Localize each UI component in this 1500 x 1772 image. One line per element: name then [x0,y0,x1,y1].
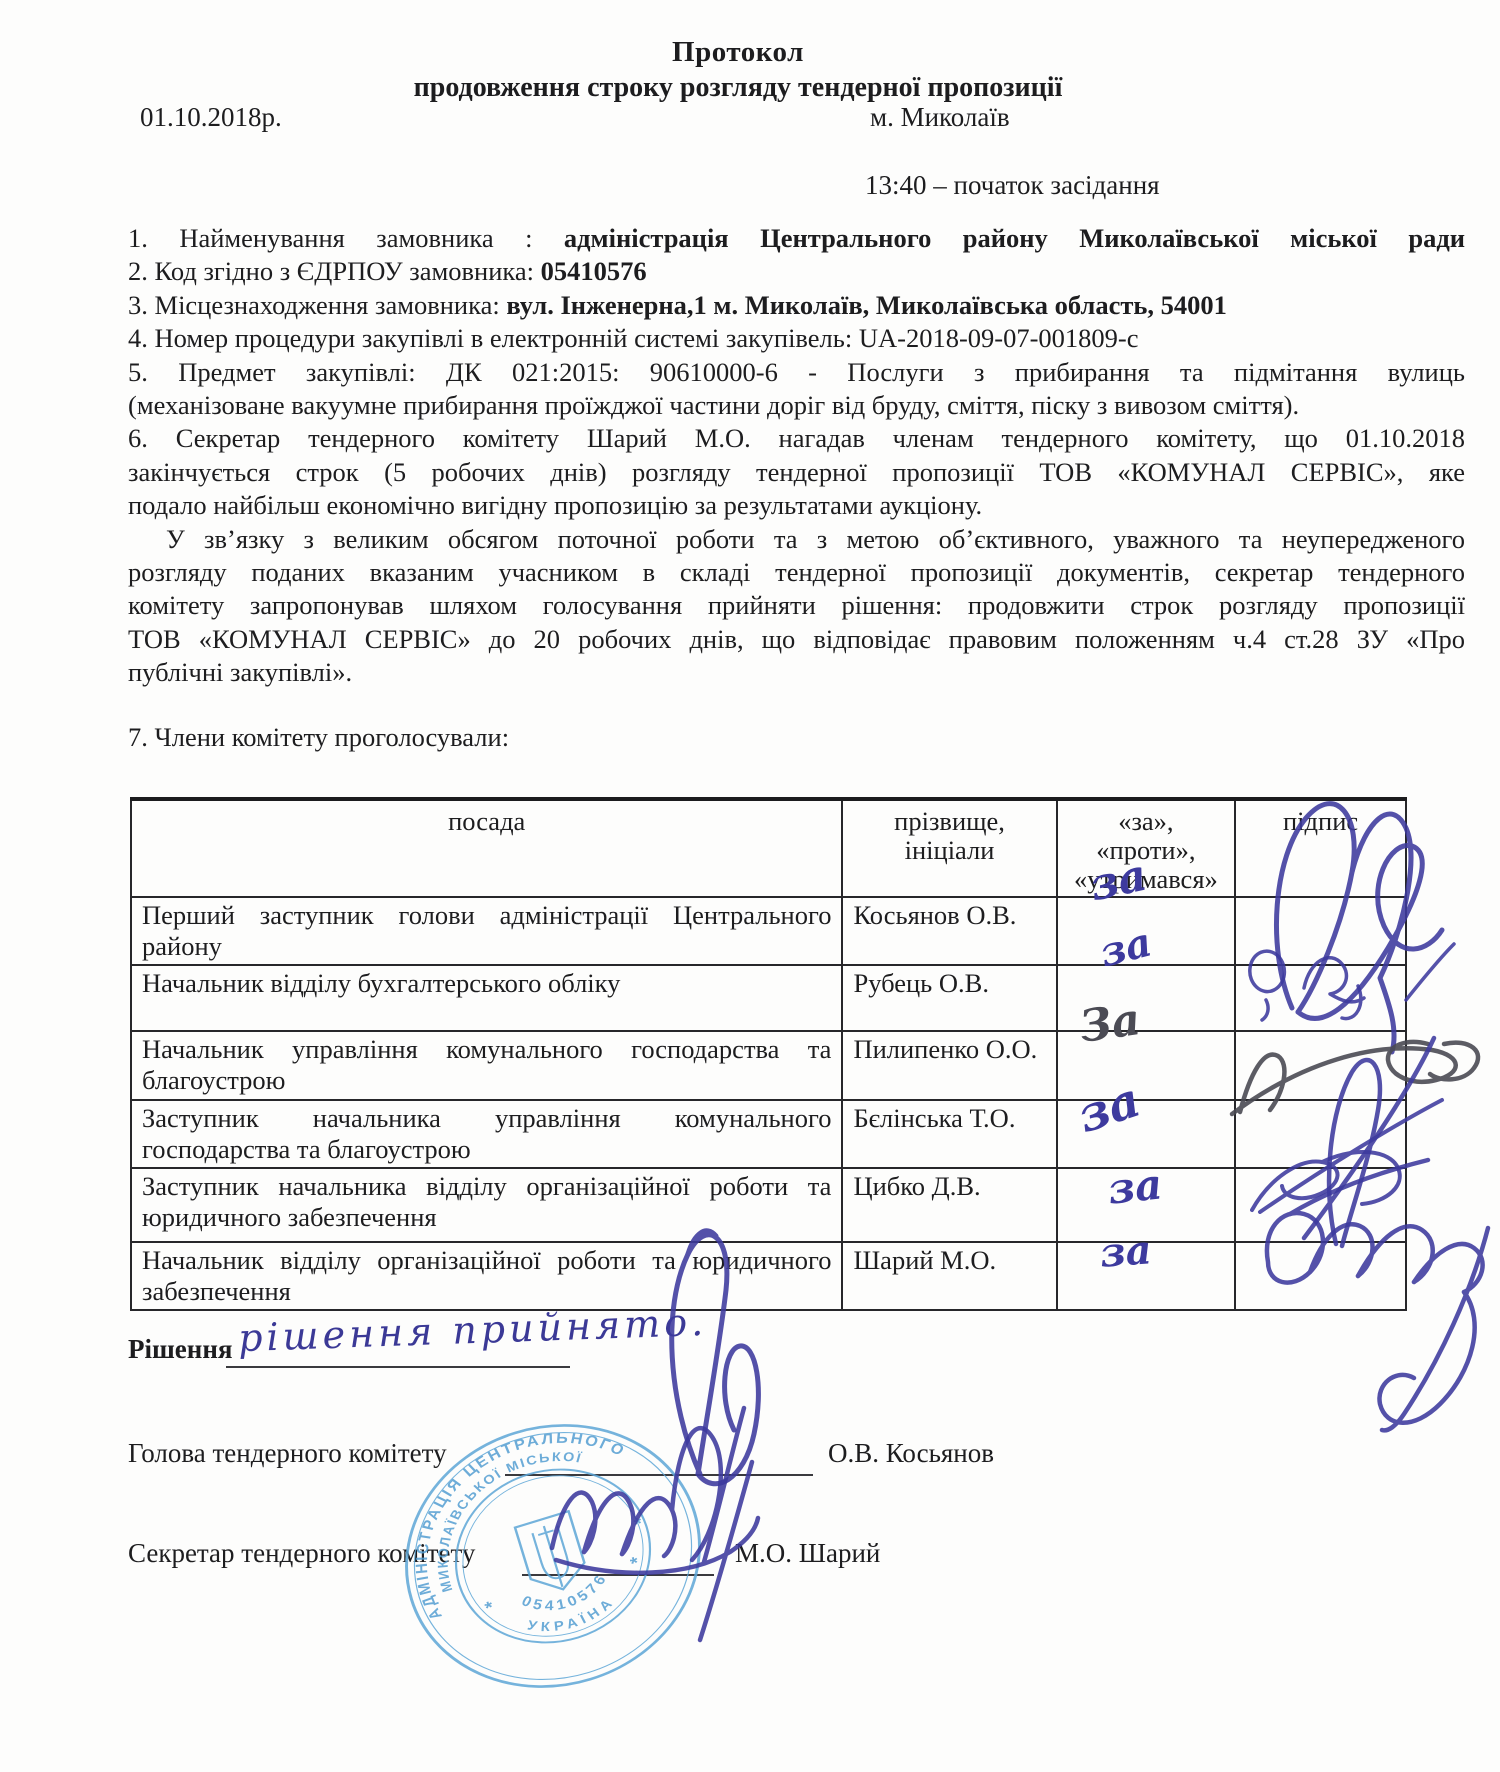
document-date: 01.10.2018р. [140,102,282,133]
head-name: О.В. Косьянов [828,1438,994,1469]
vote-cell [1057,1168,1236,1242]
paragraph-line-2: розгляду поданих вказаним учасником в ск… [128,556,1465,589]
member-position: Начальник управління комунального господ… [131,1031,842,1100]
table-row: Заступник начальника управління комуналь… [131,1100,1406,1168]
item-7: 7. Члени комітету проголосували: [128,722,509,753]
item-6-line-3: подало найбільш економічно вигідну пропо… [128,489,1465,522]
scanned-protocol-page: Протокол продовження строку розгляду тен… [0,0,1500,1772]
stamp-star-left: * [483,1597,497,1618]
paragraph-line-3: комітету запропонував шляхом голосування… [128,589,1465,622]
member-name: Шарий М.О. [842,1242,1056,1310]
item-2: 2. Код згідно з ЄДРПОУ замовника: 054105… [128,255,1465,288]
member-name: Косьянов О.В. [842,897,1056,965]
vote-cell [1057,897,1236,965]
stamp-trident-emblem [515,1511,590,1597]
table-row: Начальник управління комунального господ… [131,1031,1406,1100]
secretary-signature-line [522,1574,714,1576]
signature-cell [1235,1242,1406,1310]
item-4: 4. Номер процедури закупівлі в електронн… [128,322,1465,355]
signature-cell [1235,965,1406,1031]
document-city: м. Миколаїв [870,102,1010,133]
member-position: Начальник відділу бухгалтерського обліку [131,965,842,1031]
secretary-name: М.О. Шарий [735,1538,880,1569]
decision-label: Рішення [128,1334,233,1365]
paragraph-line-4: ТОВ «КОМУНАЛ СЕРВІС» до 20 робочих днів,… [128,623,1465,656]
paragraph-line-5: публічні закупівлі». [128,656,1465,689]
signature-cell [1235,897,1406,965]
paragraph-line-1: У зв’язку з великим обсягом поточної роб… [128,523,1465,556]
session-start-time: 13:40 – початок засідання [865,170,1160,201]
signature-cell [1235,1100,1406,1168]
item-5-line-2: (механізоване вакуумне прибирання проїжд… [128,389,1465,422]
table-row: Начальник відділу бухгалтерського обліку… [131,965,1406,1031]
column-header-name: прізвище, ініціали [842,799,1056,897]
stamp-inner-ring-inner [443,1454,663,1659]
member-name: Бєлінська Т.О. [842,1100,1056,1168]
member-name: Пилипенко О.О. [842,1031,1056,1100]
signature-cell [1235,1168,1406,1242]
vote-cell [1057,965,1236,1031]
head-label: Голова тендерного комітету [128,1438,447,1469]
voting-table: посада прізвище, ініціали «за», «проти»,… [130,797,1407,1311]
member-position: Перший заступник голови адміністрації Це… [131,897,842,965]
column-header-position: посада [131,799,842,897]
member-position: Заступник начальника відділу організацій… [131,1168,842,1242]
stamp-country-text: УКРАЇНА [522,1591,622,1644]
member-name: Рубець О.В. [842,965,1056,1031]
signature-cell [1235,1031,1406,1100]
item-5-line-1: 5. Предмет закупівлі: ДК 021:2015: 90610… [128,356,1465,389]
column-header-vote: «за», «проти», «утримався» [1057,799,1236,897]
head-signature-line [505,1474,813,1476]
member-name: Цибко Д.В. [842,1168,1056,1242]
item-3: 3. Місцезнаходження замовника: вул. Інже… [128,289,1465,322]
page-title: Протокол [128,36,1348,69]
body-text: 1. Найменування замовника : адміністраці… [128,222,1465,690]
vote-cell [1057,1242,1236,1310]
decision-line [226,1366,570,1368]
vote-cell [1057,1100,1236,1168]
table-row: Заступник начальника відділу організацій… [131,1168,1406,1242]
title-block: Протокол продовження строку розгляду тен… [128,36,1348,104]
table-header-row: посада прізвище, ініціали «за», «проти»,… [131,799,1406,897]
vote-cell [1057,1031,1236,1100]
item-6-line-2: закінчується строк (5 робочих днів) розг… [128,456,1465,489]
stamp-star-upper-right: * [632,1513,646,1534]
table-row: Перший заступник голови адміністрації Це… [131,897,1406,965]
page-subtitle: продовження строку розгляду тендерної пр… [128,72,1348,104]
item-6-line-1: 6. Секретар тендерного комітету Шарий М.… [128,422,1465,455]
stamp-star-right: * [628,1552,642,1573]
member-position: Заступник начальника управління комуналь… [131,1100,842,1168]
column-header-signature: підпис [1235,799,1406,897]
secretary-label: Секретар тендерного комітету [128,1538,475,1569]
member-position: Начальник відділу організаційної роботи … [131,1242,842,1310]
signature-shary-footer [552,1408,758,1640]
table-row: Начальник відділу організаційної роботи … [131,1242,1406,1310]
item-1: 1. Найменування замовника : адміністраці… [128,222,1465,255]
